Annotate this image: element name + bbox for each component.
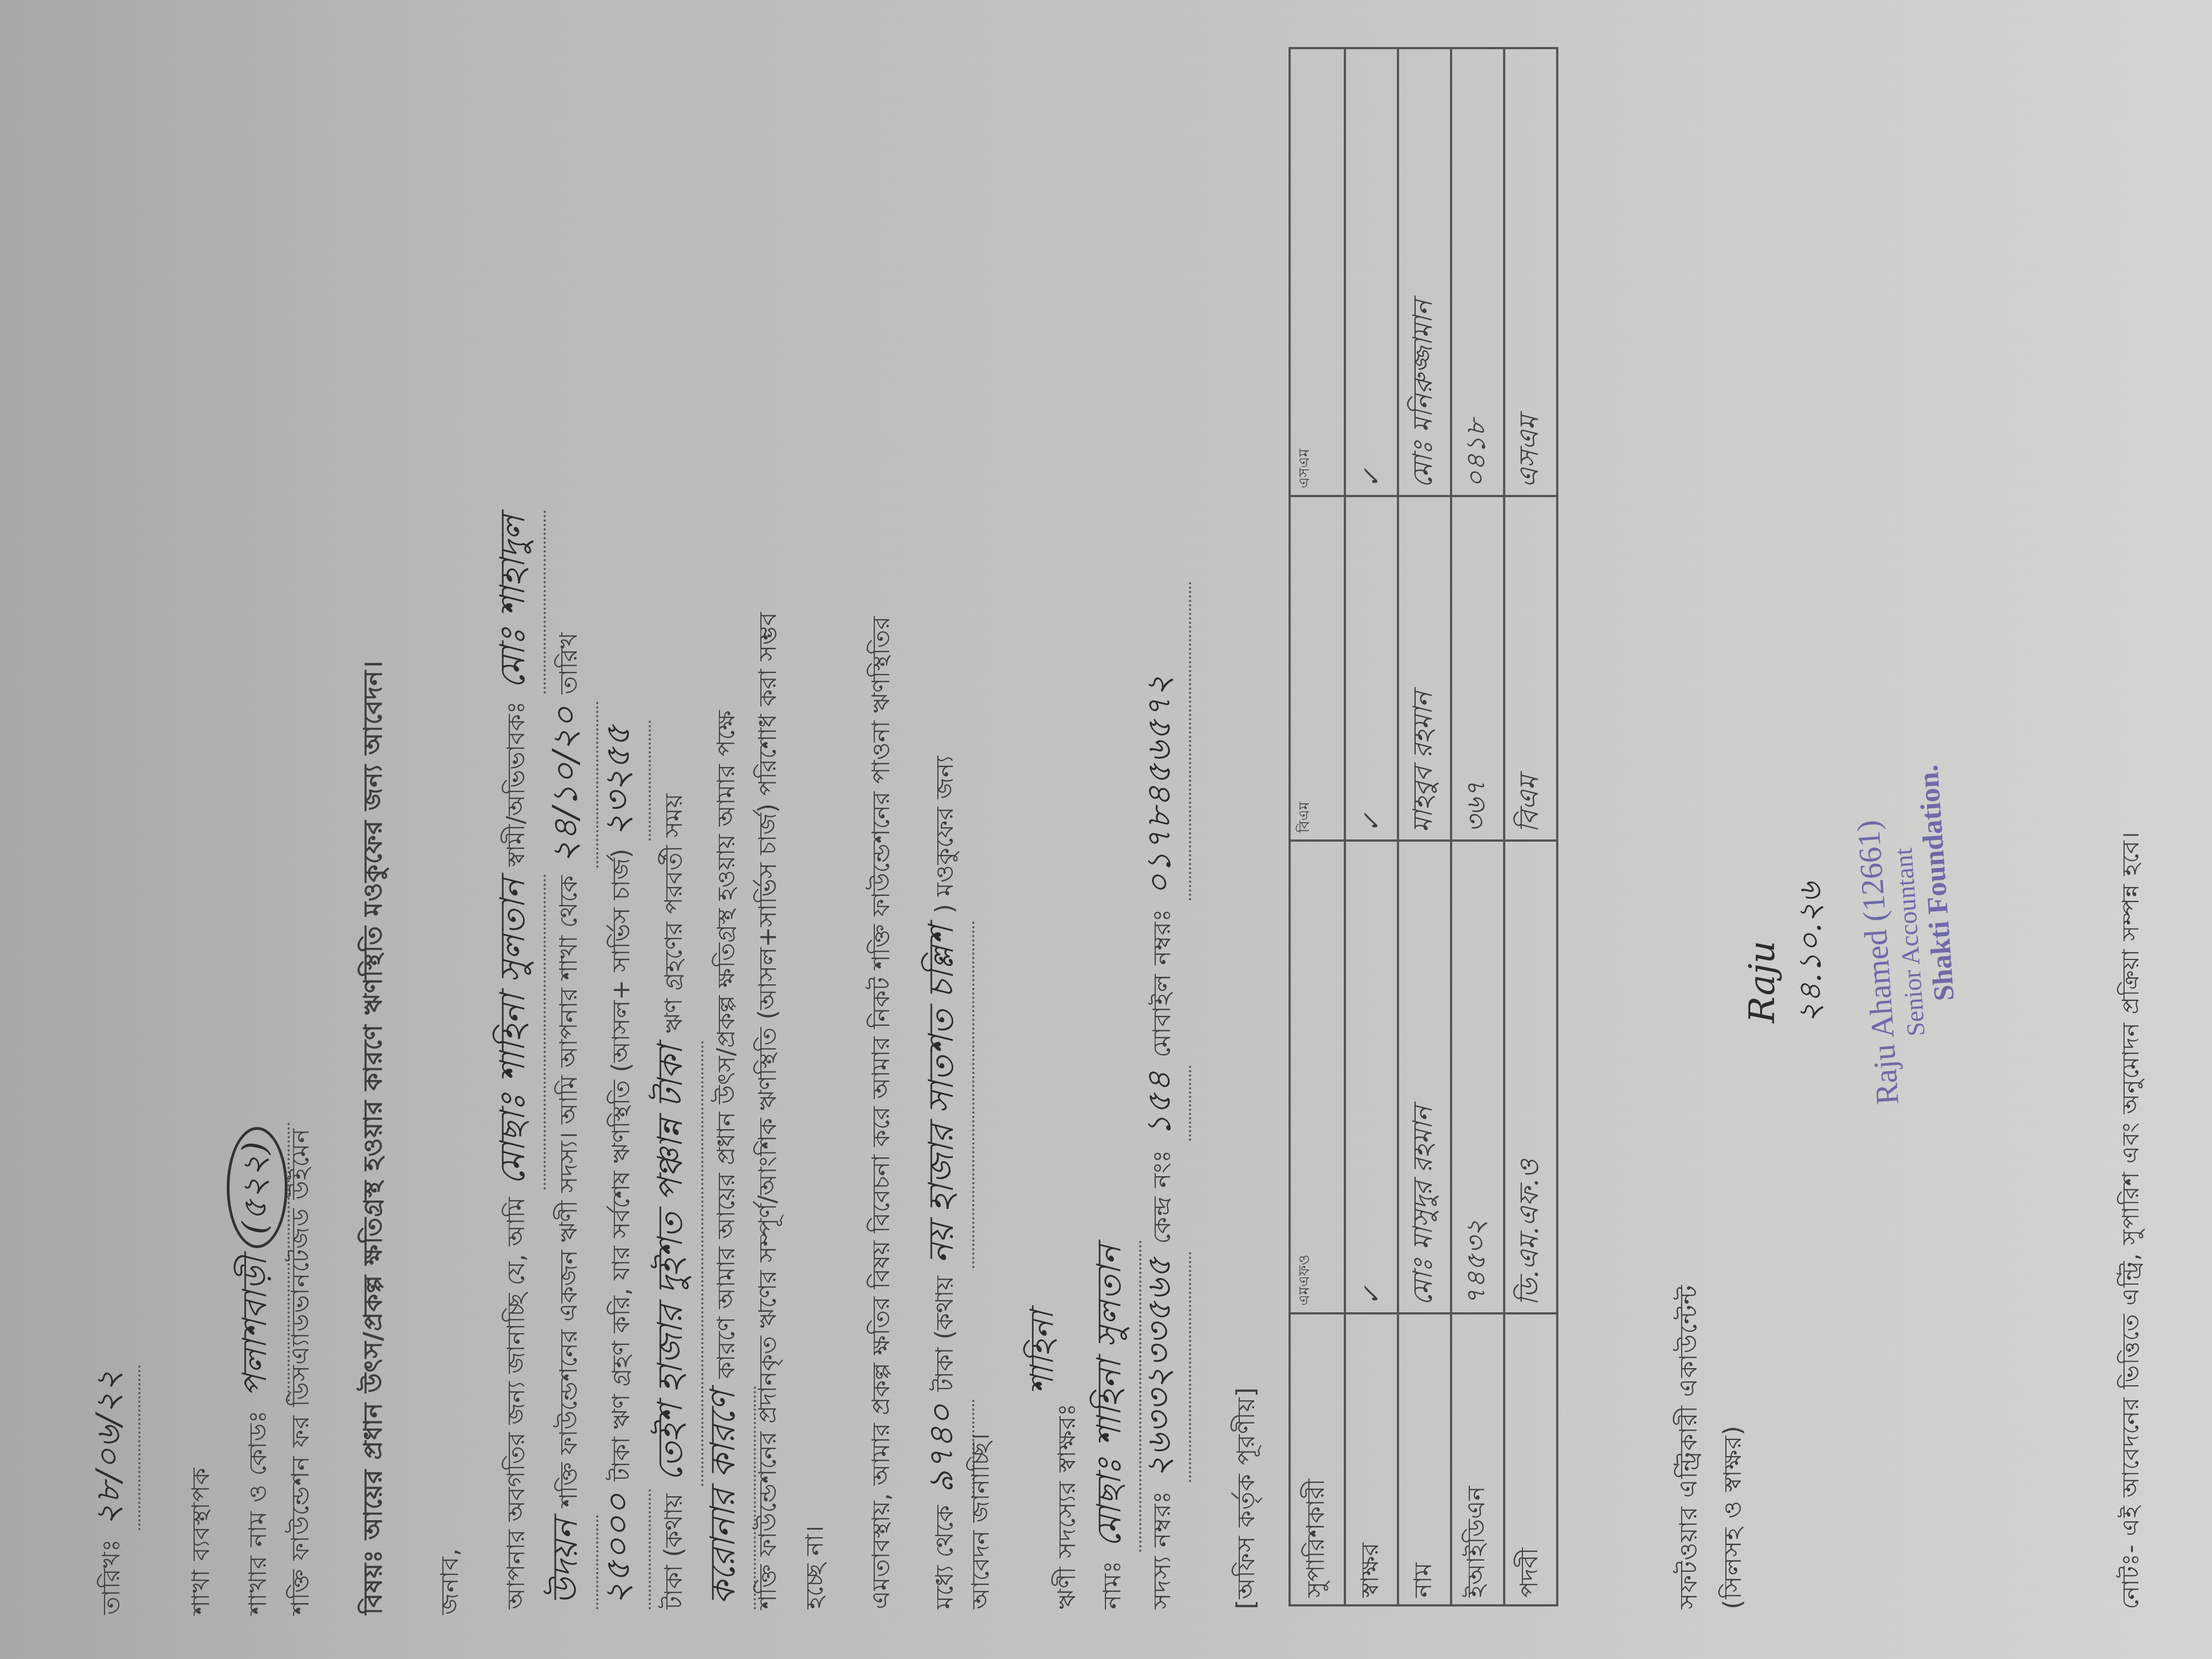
table-row: সুপারিশকারী এমএফও বিএম এসএম	[1290, 48, 1345, 1605]
member-name: মোছাঃ শাহিনা সুলতান	[1090, 1245, 1129, 1547]
row-label: স্বাক্ষর	[1345, 1313, 1398, 1605]
body-line-7: হচ্ছে না।	[796, 50, 837, 1609]
subject-line: বিষয়ঃ আয়ের প্রধান উৎস/প্রকল্প ক্ষতিগ্র…	[354, 660, 396, 1615]
subject-label: বিষয়ঃ	[358, 1549, 388, 1615]
body-line-3: ২৫০০০ টাকা ঋণ গ্রহণ করি, যার সর্বশেষ ঋণস…	[592, 50, 651, 1609]
recommender-table: সুপারিশকারী এমএফও বিএম এসএম স্বাক্ষর ✓ ✓…	[1288, 47, 1558, 1606]
body-text: ঋণ গ্রহণের পরবর্তী সময়	[660, 794, 688, 1033]
designation-cell: ডি.এম.এফ.ও	[1504, 841, 1557, 1313]
branch-label: শাখার নাম ও কোডঃ	[244, 1410, 272, 1615]
table-row: পদবী ডি.এম.এফ.ও বিএম এসএম	[1504, 48, 1557, 1605]
body-text: তারিখ	[555, 633, 583, 694]
accountant-sub-label: (সিলসহ ও স্বাক্ষর)	[1714, 1425, 1755, 1609]
office-use-note: [অফিস কর্তৃক পূরণীয়]	[1228, 1387, 1268, 1609]
damage-reason: করোনার কারণে	[702, 1391, 743, 1605]
body-text: মধ্যে থেকে	[931, 1505, 959, 1609]
branch-code: (৫২২)	[227, 1127, 288, 1248]
accountant-stamp: Raju Ahamed (12661) Senior Accountant Sh…	[1846, 764, 1968, 1106]
organization-line: শক্তি ফাউন্ডেশন ফর ডিসএ্যাডভানটেজড উইমেন	[282, 1128, 322, 1615]
photo-background: তারিখঃ ২৮/০৬/২২ শাখা ব্যবস্থাপক শাখার না…	[0, 0, 2212, 1659]
eid-cell: ০৪১৮	[1451, 48, 1504, 496]
member-name-label: নামঃ	[1098, 1560, 1126, 1609]
table-row: ইআইডিএন ৭৪৫৩২ ৩৬৭ ০৪১৮	[1451, 48, 1504, 1605]
name-cell: মাহবুব রহমান	[1398, 496, 1451, 841]
accountant-label: সফটওয়ার এন্ট্রিকারী একাউন্টেন্ট	[1670, 1285, 1710, 1609]
member-signature: শাহিনা	[1023, 1310, 1061, 1395]
body-line-2: উদয়ন শক্তি ফাউন্ডেশনের একজন ঋণী সদস্য। …	[539, 50, 598, 1609]
footer-note: নোটঃ- এই আবেদনের ভিত্তিতে এন্ট্রি, সুপার…	[2112, 831, 2152, 1609]
application-form-page: তারিখঃ ২৮/০৬/২২ শাখা ব্যবস্থাপক শাখার না…	[0, 0, 2212, 1659]
body-line-10: আবেদন জানাচ্ছি।	[962, 50, 1003, 1609]
date-label: তারিখঃ	[97, 1538, 126, 1615]
salutation: জনাব,	[431, 1548, 472, 1615]
mobile-number: ০১৭৮৪৫৬৫৭২	[1140, 675, 1178, 896]
guardian-name: মোঃ শাহাদুল	[492, 515, 533, 688]
designation-cell: বিএম	[1504, 496, 1557, 841]
body-line-6: শক্তি ফাউন্ডেশনের প্রদানকৃত ঋণের সম্পূর্…	[749, 50, 790, 1609]
branch-name: পলাশবাড়ী	[236, 1256, 274, 1397]
row-label: ইআইডিএন	[1451, 1313, 1504, 1605]
signature-cell: ✓	[1345, 48, 1398, 496]
body-text: শক্তি ফাউন্ডেশনের একজন ঋণী সদস্য। আমি আপ…	[555, 875, 583, 1507]
member-number-line: সদস্য নম্বরঃ ২৬৩৩২৩৩৫৬৫ কেন্দ্র নংঃ ১৫৪ …	[1134, 582, 1191, 1609]
body-text: ) মওকুফের জন্য	[931, 756, 959, 914]
subject-text: আয়ের প্রধান উৎস/প্রকল্প ক্ষতিগ্রস্থ হওয…	[358, 660, 388, 1540]
addressee: শাখা ব্যবস্থাপক	[182, 1467, 223, 1615]
table-row: নাম মোঃ মাসুদুর রহমান মাহবুব রহমান মোঃ ম…	[1398, 48, 1451, 1605]
center-number-label: কেন্দ্র নংঃ	[1148, 1149, 1176, 1244]
member-signature-label: ঋণী সদস্যের স্বাক্ষরঃ	[1053, 1403, 1081, 1609]
body-text: স্বামী/অভিভাবকঃ	[502, 701, 530, 867]
row-label: সুপারিশকারী	[1290, 1313, 1345, 1605]
designation-cell: এসএম	[1504, 48, 1557, 496]
balance-in-words: তেইশ হাজার দুইশত পঞ্চান্ন টাকা	[650, 1045, 690, 1481]
column-role: এমএফও	[1290, 841, 1345, 1313]
row-label: পদবী	[1504, 1313, 1557, 1605]
center-name: উদয়ন	[545, 1520, 585, 1605]
mobile-number-label: মোবাইল নম্বরঃ	[1148, 909, 1176, 1058]
body-line-1: আপনার অবগতির জন্য জানাচ্ছি যে, আমি মোছাঃ…	[487, 50, 546, 1609]
body-text: কারণে আমার আয়ের প্রধান উৎস/প্রকল্প ক্ষত…	[712, 711, 740, 1379]
applicant-name: মোছাঃ শাহিনা সুলতান	[492, 879, 533, 1185]
body-line-4: টাকা (কথায় তেইশ হাজার দুইশত পঞ্চান্ন টা…	[644, 50, 703, 1609]
member-number: ২৬৩৩২৩৩৫৬৫	[1140, 1256, 1178, 1478]
column-role: এসএম	[1290, 48, 1345, 496]
signature-cell: ✓	[1345, 496, 1398, 841]
name-cell: মোঃ মনিরুজ্জামান	[1398, 48, 1451, 496]
waiver-amount-words: নয় হাজার সাতশত চল্লিশ	[921, 926, 961, 1264]
body-text: টাকা ঋণ গ্রহণ করি, যার সর্বশেষ ঋণস্থিতি …	[607, 848, 635, 1481]
body-line-8: এমতাবস্থায়, আমার প্রকল্প ক্ষতির বিষয় ব…	[863, 50, 903, 1609]
body-text: আপনার অবগতির জন্য জানাচ্ছি যে, আমি	[502, 1197, 530, 1609]
name-cell: মোঃ মাসুদুর রহমান	[1398, 841, 1451, 1313]
signature-cell: ✓	[1345, 841, 1398, 1313]
column-role: বিএম	[1290, 496, 1345, 841]
member-number-label: সদস্য নম্বরঃ	[1148, 1490, 1176, 1609]
table-row: স্বাক্ষর ✓ ✓ ✓	[1345, 48, 1398, 1605]
date-line: তারিখঃ ২৮/০৬/২২	[83, 1365, 140, 1615]
body-line-5: করোনার কারণে কারণে আমার আয়ের প্রধান উৎস…	[697, 50, 756, 1609]
loan-amount: ২৫০০০	[597, 1494, 638, 1605]
row-label: নাম	[1398, 1313, 1451, 1605]
outstanding-balance: ২৩২৫৫	[597, 725, 638, 836]
accountant-sign-date: ২৪.১০.২৬	[1786, 883, 1838, 1023]
branch-line: শাখার নাম ও কোডঃ পলাশবাড়ী (৫২২)	[227, 1123, 290, 1615]
center-number: ১৫৪	[1140, 1071, 1178, 1137]
member-name-line: নামঃ মোছাঃ শাহিনা সুলতান	[1084, 1240, 1141, 1609]
eid-cell: ৭৪৫৩২	[1451, 841, 1504, 1313]
loan-date: ২৪/১০/২০	[545, 706, 585, 863]
body-text: টাকা (কথায়	[931, 1276, 959, 1391]
waiver-amount: ৯৭৪০	[921, 1404, 961, 1493]
eid-cell: ৩৬৭	[1451, 496, 1504, 841]
accountant-signature: Raju	[1742, 941, 1783, 1023]
body-text: টাকা (কথায়	[660, 1494, 688, 1609]
date-value: ২৮/০৬/২২	[89, 1370, 128, 1526]
